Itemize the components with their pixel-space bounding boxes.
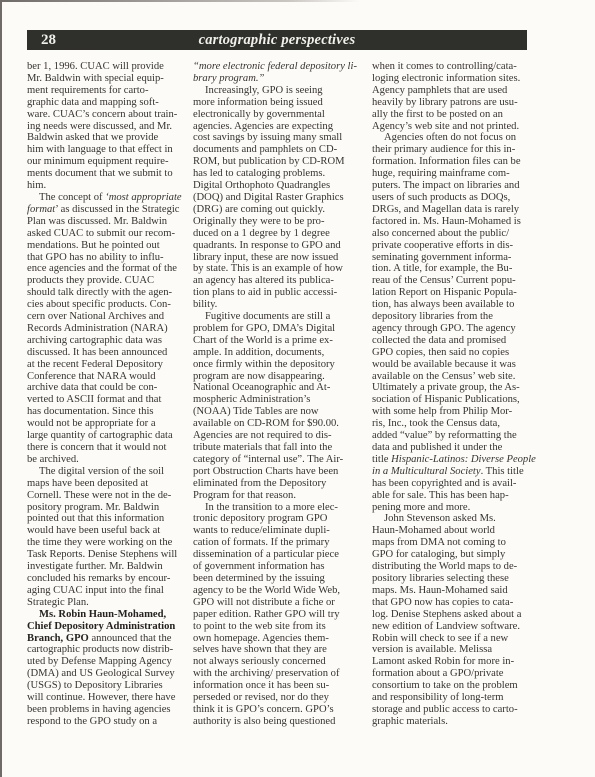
text-line: puters. The impact on libraries and bbox=[372, 180, 532, 192]
text-line: maps. Ms. Haun-Mohamed said bbox=[372, 585, 532, 597]
text-line: our minimum equipment require- bbox=[27, 156, 185, 168]
text-line: (NOAA) Tide Tables are now bbox=[193, 406, 356, 418]
text-line: formation. Information files can be bbox=[372, 156, 532, 168]
text-line: graphic data and mapping soft- bbox=[27, 97, 185, 109]
text-line: Agencies often do not focus on bbox=[372, 132, 532, 144]
text-line: verted to ASCII format and that bbox=[27, 394, 185, 406]
text-line: private cooperative efforts in dis- bbox=[372, 240, 532, 252]
text-line: dissemination of a particular piece bbox=[193, 549, 356, 561]
text-line: archive data that could be con- bbox=[27, 382, 185, 394]
text-line: pointed out that this information bbox=[27, 513, 185, 525]
text-line: category of “internal use”. The Air- bbox=[193, 454, 356, 466]
text-line: ROM, but publication by CD-ROM bbox=[193, 156, 356, 168]
text-line: new edition of Landview software. bbox=[372, 621, 532, 633]
text-line: DRGs, and Magellan data is rarely bbox=[372, 204, 532, 216]
text-line: In the transition to a more elec- bbox=[193, 502, 356, 514]
text-line: distributing the World maps to de- bbox=[372, 561, 532, 573]
text-line: loging electronic information sites. bbox=[372, 73, 532, 85]
text-line: been problems in having agencies bbox=[27, 704, 185, 716]
text-line: Chief Depository Administration bbox=[27, 621, 185, 633]
text-line: Program for that reason. bbox=[193, 490, 356, 502]
text-line: Baldwin asked that we provide bbox=[27, 132, 185, 144]
text-line: Cornell. These were not in the de- bbox=[27, 490, 185, 502]
text-line: Mr. Baldwin with special equip- bbox=[27, 73, 185, 85]
text-line: that GPO now has copies to cata- bbox=[372, 597, 532, 609]
italic-text: “more electronic federal depository li- bbox=[193, 61, 357, 72]
text-line: wants to reduce/eliminate dupli- bbox=[193, 525, 356, 537]
text-line: once firmly within the depository bbox=[193, 359, 356, 371]
text-line: and responsibility of long-term bbox=[372, 692, 532, 704]
text-line: Originally they were to be pro- bbox=[193, 216, 356, 228]
text-line: available on the Census’ web site. bbox=[372, 371, 532, 383]
text-line: also concerned about the public/ bbox=[372, 228, 532, 240]
text-line: ber 1, 1996. CUAC will provide bbox=[27, 61, 185, 73]
running-header: 28 cartographic perspectives bbox=[27, 30, 527, 50]
text-line: depository libraries from the bbox=[372, 311, 532, 323]
text-column-2: “more electronic federal depository li-b… bbox=[193, 61, 356, 728]
text-line: eliminated from the Depository bbox=[193, 478, 356, 490]
text-line: Agency pamphlets that are used bbox=[372, 85, 532, 97]
text-line: (DMA) and US Geological Survey bbox=[27, 668, 185, 680]
text-line: ence agencies and the format of the bbox=[27, 263, 185, 275]
italic-text: ‘most appropriate bbox=[105, 192, 181, 203]
text-line: Digital Orthophoto Quadrangles bbox=[193, 180, 356, 192]
text-line: ris, Inc., took the Census data, bbox=[372, 418, 532, 430]
text-line: him. bbox=[27, 180, 185, 192]
text-line: Records Administration (NARA) bbox=[27, 323, 185, 335]
text-line: to point to the web site from its bbox=[193, 621, 356, 633]
bold-text: Branch, GPO bbox=[27, 633, 89, 644]
text-line: discussed. It has been announced bbox=[27, 347, 185, 359]
text-line: asked CUAC to submit our recom- bbox=[27, 228, 185, 240]
text-line: format’ as discussed in the Strategic bbox=[27, 204, 185, 216]
italic-text: in a Multicultural Society bbox=[372, 466, 481, 477]
text-line: Branch, GPO announced that the bbox=[27, 633, 185, 645]
text-line: agencies. Agencies are expecting bbox=[193, 121, 356, 133]
text-line: perseded or revised, nor do they bbox=[193, 692, 356, 704]
text-line: information once it has been su- bbox=[193, 680, 356, 692]
text-line: products they provide. CUAC bbox=[27, 275, 185, 287]
text-line: aging CUAC input into the final bbox=[27, 585, 185, 597]
text-line: seminating government informa- bbox=[372, 252, 532, 264]
text-line: collected the data and promised bbox=[372, 335, 532, 347]
text-line: (DOQ) and Digital Raster Graphics bbox=[193, 192, 356, 204]
text-line: mospheric Administration’s bbox=[193, 394, 356, 406]
text-line: has documentation. Since this bbox=[27, 406, 185, 418]
text-line: with the archiving/ preservation of bbox=[193, 668, 356, 680]
text-line: log. Denise Stephens asked about a bbox=[372, 609, 532, 621]
text-line: version is available. Melissa bbox=[372, 644, 532, 656]
text-line: documents and pamphlets on CD- bbox=[193, 144, 356, 156]
text-line: not always seriously concerned bbox=[193, 656, 356, 668]
text-segment: ’ as discussed in the Strategic bbox=[55, 204, 179, 215]
text-line: graphic materials. bbox=[372, 716, 532, 728]
text-line: pening more and more. bbox=[372, 502, 532, 514]
bold-text: Chief Depository Administration bbox=[27, 621, 175, 632]
text-line: cation of formats. If the primary bbox=[193, 537, 356, 549]
text-line: would not be appropriate for a bbox=[27, 418, 185, 430]
text-line: would have been useful back at bbox=[27, 525, 185, 537]
text-line: duced on a 1 degree by 1 degree bbox=[193, 228, 356, 240]
text-line: with some help from Philip Mor- bbox=[372, 406, 532, 418]
text-line: ally the first to be posted on an bbox=[372, 109, 532, 121]
text-line: Increasingly, GPO is seeing bbox=[193, 85, 356, 97]
text-line: by state. This is an example of how bbox=[193, 263, 356, 275]
text-line: more information being issued bbox=[193, 97, 356, 109]
text-line: of government information has bbox=[193, 561, 356, 573]
text-line: available on CD-ROM for $90.00. bbox=[193, 418, 356, 430]
page-edge-top bbox=[0, 0, 360, 2]
text-line: tion plans to aid in public accessi- bbox=[193, 287, 356, 299]
text-line: tion, has always been available to bbox=[372, 299, 532, 311]
text-line: title Hispanic-Latinos: Diverse People bbox=[372, 454, 532, 466]
text-line: archiving cartographic data was bbox=[27, 335, 185, 347]
text-line: Strategic Plan. bbox=[27, 597, 185, 609]
text-line: The digital version of the soil bbox=[27, 466, 185, 478]
text-line: Fugitive documents are still a bbox=[193, 311, 356, 323]
text-line: tion. A title, for example, the Bu- bbox=[372, 263, 532, 275]
text-segment: The concept of bbox=[39, 192, 105, 203]
text-line: added “value” by reformatting the bbox=[372, 430, 532, 442]
text-line: GPO will not distribute a fiche or bbox=[193, 597, 356, 609]
text-line: GPO copies, then said no copies bbox=[372, 347, 532, 359]
text-line: lation Report on Hispanic Popula- bbox=[372, 287, 532, 299]
text-line: investigate further. Mr. Baldwin bbox=[27, 561, 185, 573]
text-line: should talk directly with the agen- bbox=[27, 287, 185, 299]
text-line: tribute materials that fall into the bbox=[193, 442, 356, 454]
text-line: cies about specific products. Con- bbox=[27, 299, 185, 311]
text-line: problem for GPO, DMA’s Digital bbox=[193, 323, 356, 335]
text-line: ample. In addition, documents, bbox=[193, 347, 356, 359]
text-line: their primary audience for this in- bbox=[372, 144, 532, 156]
text-line: Robin will check to see if a new bbox=[372, 633, 532, 645]
text-line: storage and public access to carto- bbox=[372, 704, 532, 716]
text-line: sociation of Hispanic Publications, bbox=[372, 394, 532, 406]
text-line: cartographic products now distrib- bbox=[27, 644, 185, 656]
text-line: “more electronic federal depository li- bbox=[193, 61, 356, 73]
text-line: Haun-Mohamed about world bbox=[372, 525, 532, 537]
text-line: respond to the GPO study on a bbox=[27, 716, 185, 728]
italic-text: brary program.” bbox=[193, 73, 264, 84]
text-line: at the recent Federal Depository bbox=[27, 359, 185, 371]
text-line: National Oceanographic and At- bbox=[193, 382, 356, 394]
text-line: been determined by the issuing bbox=[193, 573, 356, 585]
text-line: Agency’s web site and not printed. bbox=[372, 121, 532, 133]
text-line: agency to be the World Wide Web, bbox=[193, 585, 356, 597]
text-line: Conference that NARA would bbox=[27, 371, 185, 383]
text-line: authority is also being questioned bbox=[193, 716, 356, 728]
text-segment: title bbox=[372, 454, 391, 465]
text-line: pository program. Mr. Baldwin bbox=[27, 502, 185, 514]
text-line: paper edition. Rather GPO will try bbox=[193, 609, 356, 621]
text-line: (DRG) are coming out quickly. bbox=[193, 204, 356, 216]
text-line: mendations. But he pointed out bbox=[27, 240, 185, 252]
text-segment: . This title bbox=[481, 466, 524, 477]
text-line: electronically by governmental bbox=[193, 109, 356, 121]
text-line: Ms. Robin Haun-Mohamed, bbox=[27, 609, 185, 621]
text-line: able for sale. This has been hap- bbox=[372, 490, 532, 502]
text-line: Chart of the World is a prime ex- bbox=[193, 335, 356, 347]
text-line: there is concern that it would not bbox=[27, 442, 185, 454]
text-line: consortium to take on the problem bbox=[372, 680, 532, 692]
italic-text: Hispanic-Latinos: Diverse People bbox=[391, 454, 536, 465]
text-line: will continue. However, there have bbox=[27, 692, 185, 704]
text-line: him with language to that effect in bbox=[27, 144, 185, 156]
text-line: large quantity of cartographic data bbox=[27, 430, 185, 442]
text-line: formation about a GPO/private bbox=[372, 668, 532, 680]
text-line: an agency has altered its publica- bbox=[193, 275, 356, 287]
text-line: library input, these are now issued bbox=[193, 252, 356, 264]
journal-title: cartographic perspectives bbox=[27, 31, 527, 49]
page-edge-left bbox=[0, 0, 2, 777]
text-line: has led to cataloging problems. bbox=[193, 168, 356, 180]
text-column-1: ber 1, 1996. CUAC will provideMr. Baldwi… bbox=[27, 61, 185, 728]
text-line: cost savings by issuing many small bbox=[193, 132, 356, 144]
text-line: huge, requiring mainframe com- bbox=[372, 168, 532, 180]
text-line: in a Multicultural Society. This title bbox=[372, 466, 532, 478]
text-line: The concept of ‘most appropriate bbox=[27, 192, 185, 204]
text-line: ing needs were discussed, and Mr. bbox=[27, 121, 185, 133]
text-line: bility. bbox=[193, 299, 356, 311]
bold-text: Ms. Robin Haun-Mohamed, bbox=[39, 609, 166, 620]
text-line: Lamont asked Robin for more in- bbox=[372, 656, 532, 668]
text-line: ware. CUAC’s concern about train- bbox=[27, 109, 185, 121]
text-line: GPO for cataloging, but simply bbox=[372, 549, 532, 561]
text-line: be archived. bbox=[27, 454, 185, 466]
text-line: Plan was discussed. Mr. Baldwin bbox=[27, 216, 185, 228]
text-segment: announced that the bbox=[89, 633, 172, 644]
text-line: concluded his remarks by encour- bbox=[27, 573, 185, 585]
text-line: the time they were working on the bbox=[27, 537, 185, 549]
text-line: cern over National Archives and bbox=[27, 311, 185, 323]
text-line: think it is GPO’s concern. GPO’s bbox=[193, 704, 356, 716]
text-line: own homepage. Agencies them- bbox=[193, 633, 356, 645]
text-line: Agencies are not required to dis- bbox=[193, 430, 356, 442]
text-line: reau of the Census’ Current popu- bbox=[372, 275, 532, 287]
text-line: John Stevenson asked Ms. bbox=[372, 513, 532, 525]
text-line: Task Reports. Denise Stephens will bbox=[27, 549, 185, 561]
text-column-3: when it comes to controlling/cata-loging… bbox=[372, 61, 532, 728]
text-line: maps from DMA not coming to bbox=[372, 537, 532, 549]
text-line: factored in. Ms. Haun-Mohamed is bbox=[372, 216, 532, 228]
text-line: quadrants. In response to GPO and bbox=[193, 240, 356, 252]
text-line: program are now disappearing. bbox=[193, 371, 356, 383]
text-line: tronic depository program GPO bbox=[193, 513, 356, 525]
text-line: (USGS) to Depository Libraries bbox=[27, 680, 185, 692]
text-line: port Obstruction Charts have been bbox=[193, 466, 356, 478]
text-line: maps have been deposited at bbox=[27, 478, 185, 490]
text-line: uted by Defense Mapping Agency bbox=[27, 656, 185, 668]
text-line: pository libraries selecting these bbox=[372, 573, 532, 585]
text-line: heavily by library patrons are usu- bbox=[372, 97, 532, 109]
text-line: has been copyrighted and is avail- bbox=[372, 478, 532, 490]
text-line: selves have shown that they are bbox=[193, 644, 356, 656]
text-line: data and published it under the bbox=[372, 442, 532, 454]
text-line: that GPO has no ability to influ- bbox=[27, 252, 185, 264]
text-line: users of such products as DOQs, bbox=[372, 192, 532, 204]
text-line: when it comes to controlling/cata- bbox=[372, 61, 532, 73]
text-line: Ultimately a private group, the As- bbox=[372, 382, 532, 394]
text-line: ment requirements for carto- bbox=[27, 85, 185, 97]
text-line: would be available because it was bbox=[372, 359, 532, 371]
text-line: agency through GPO. The agency bbox=[372, 323, 532, 335]
text-line: ments document that we submit to bbox=[27, 168, 185, 180]
text-line: brary program.” bbox=[193, 73, 356, 85]
italic-text: format bbox=[27, 204, 55, 215]
